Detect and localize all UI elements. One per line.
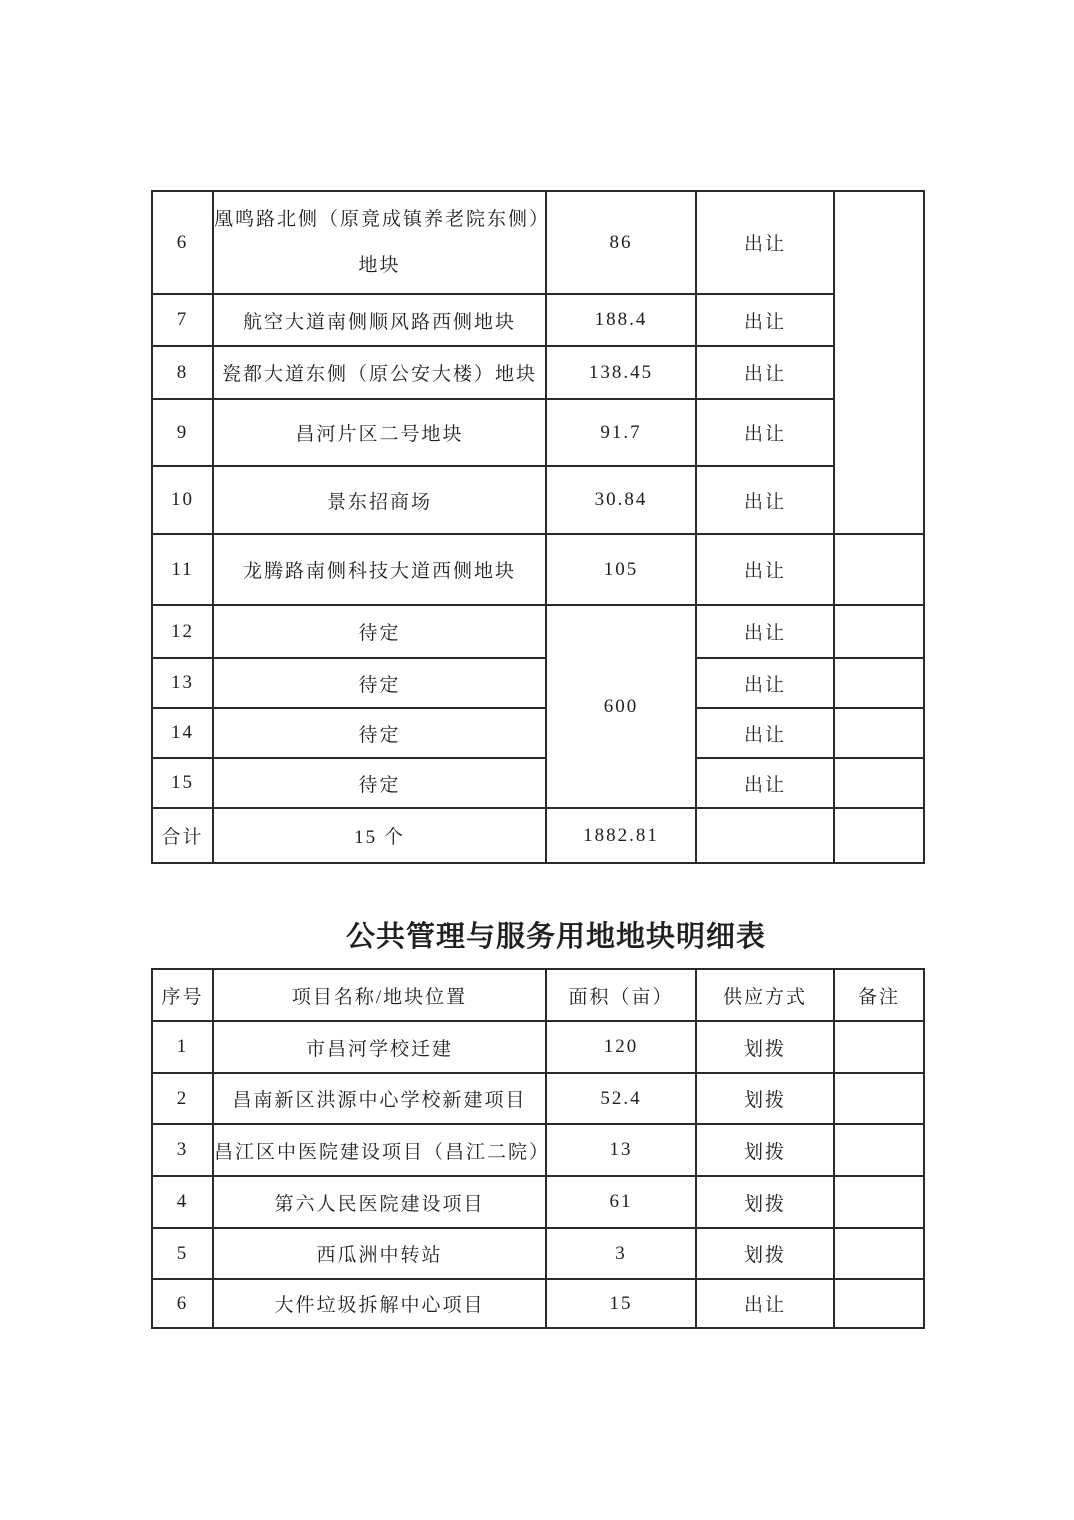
cell-seq: 13	[152, 658, 213, 708]
cell-name: 待定	[213, 605, 546, 658]
cell-name: 景东招商场	[213, 466, 546, 534]
cell-remark	[834, 708, 924, 758]
cell-area-merged: 600	[546, 605, 696, 808]
cell-remark	[834, 658, 924, 708]
cell-seq: 2	[152, 1073, 213, 1124]
cell-name: 待定	[213, 708, 546, 758]
table-row: 11 龙腾路南侧科技大道西侧地块 105 出让	[152, 534, 924, 605]
cell-area: 52.4	[546, 1073, 696, 1124]
table-row: 7 航空大道南侧顺风路西侧地块 188.4 出让	[152, 294, 924, 346]
cell-name: 昌南新区洪源中心学校新建项目	[213, 1073, 546, 1124]
cell-area: 30.84	[546, 466, 696, 534]
cell-seq: 14	[152, 708, 213, 758]
header-name: 项目名称/地块位置	[213, 969, 546, 1021]
cell-supply: 划拨	[696, 1228, 834, 1279]
cell-seq: 合计	[152, 808, 213, 863]
cell-area: 120	[546, 1021, 696, 1073]
cell-name: 瓷都大道东侧（原公安大楼）地块	[213, 346, 546, 399]
cell-name: 昌江区中医院建设项目（昌江二院）	[213, 1124, 546, 1176]
cell-seq: 3	[152, 1124, 213, 1176]
cell-remark	[834, 1279, 924, 1328]
header-remark: 备注	[834, 969, 924, 1021]
table-row: 13 待定 出让	[152, 658, 924, 708]
cell-name: 市昌河学校迁建	[213, 1021, 546, 1073]
cell-name: 第六人民医院建设项目	[213, 1176, 546, 1228]
cell-supply: 出让	[696, 466, 834, 534]
cell-supply: 出让	[696, 658, 834, 708]
table-row: 5 西瓜洲中转站 3 划拨	[152, 1228, 924, 1279]
cell-remark	[834, 1124, 924, 1176]
cell-supply: 出让	[696, 294, 834, 346]
cell-seq: 10	[152, 466, 213, 534]
table-row: 1 市昌河学校迁建 120 划拨	[152, 1021, 924, 1073]
cell-name: 航空大道南侧顺风路西侧地块	[213, 294, 546, 346]
cell-seq: 11	[152, 534, 213, 605]
cell-area: 138.45	[546, 346, 696, 399]
cell-area: 1882.81	[546, 808, 696, 863]
header-seq: 序号	[152, 969, 213, 1021]
table-row: 10 景东招商场 30.84 出让	[152, 466, 924, 534]
cell-remark	[834, 605, 924, 658]
cell-supply: 出让	[696, 191, 834, 294]
name-line-2: 地块	[214, 243, 545, 289]
cell-remark	[834, 534, 924, 605]
cell-name: 西瓜洲中转站	[213, 1228, 546, 1279]
cell-remark	[834, 808, 924, 863]
cell-name: 待定	[213, 658, 546, 708]
table-row: 8 瓷都大道东侧（原公安大楼）地块 138.45 出让	[152, 346, 924, 399]
cell-supply: 出让	[696, 534, 834, 605]
cell-remark	[834, 1176, 924, 1228]
cell-remark	[834, 758, 924, 808]
cell-name: 大件垃圾拆解中心项目	[213, 1279, 546, 1328]
document-page: 6 凰鸣路北侧（原竟成镇养老院东侧） 地块 86 出让 7 航空大道南侧顺风路西…	[0, 0, 1074, 1520]
table-row: 12 待定 600 出让	[152, 605, 924, 658]
cell-remark-merged	[834, 191, 924, 534]
header-row: 序号 项目名称/地块位置 面积（亩） 供应方式 备注	[152, 969, 924, 1021]
cell-seq: 1	[152, 1021, 213, 1073]
cell-seq: 5	[152, 1228, 213, 1279]
table-row: 6 凰鸣路北侧（原竟成镇养老院东侧） 地块 86 出让	[152, 191, 924, 294]
public-service-land-table: 序号 项目名称/地块位置 面积（亩） 供应方式 备注 1 市昌河学校迁建 120…	[151, 968, 925, 1329]
cell-name: 凰鸣路北侧（原竟成镇养老院东侧） 地块	[213, 191, 546, 294]
cell-name: 15 个	[213, 808, 546, 863]
cell-supply: 出让	[696, 399, 834, 466]
cell-seq: 6	[152, 1279, 213, 1328]
cell-seq: 12	[152, 605, 213, 658]
cell-area: 91.7	[546, 399, 696, 466]
table-row: 2 昌南新区洪源中心学校新建项目 52.4 划拨	[152, 1073, 924, 1124]
cell-supply: 划拨	[696, 1021, 834, 1073]
cell-remark	[834, 1073, 924, 1124]
header-area: 面积（亩）	[546, 969, 696, 1021]
cell-remark	[834, 1228, 924, 1279]
cell-seq: 7	[152, 294, 213, 346]
cell-area: 86	[546, 191, 696, 294]
cell-area: 13	[546, 1124, 696, 1176]
cell-area: 3	[546, 1228, 696, 1279]
cell-seq: 6	[152, 191, 213, 294]
cell-supply: 划拨	[696, 1176, 834, 1228]
section-title: 公共管理与服务用地地块明细表	[170, 916, 942, 958]
cell-name: 待定	[213, 758, 546, 808]
cell-area: 61	[546, 1176, 696, 1228]
cell-area: 15	[546, 1279, 696, 1328]
commercial-land-parcel-table: 6 凰鸣路北侧（原竟成镇养老院东侧） 地块 86 出让 7 航空大道南侧顺风路西…	[151, 190, 925, 864]
header-supply: 供应方式	[696, 969, 834, 1021]
table-row: 3 昌江区中医院建设项目（昌江二院） 13 划拨	[152, 1124, 924, 1176]
table-row: 14 待定 出让	[152, 708, 924, 758]
cell-supply: 出让	[696, 346, 834, 399]
cell-supply: 出让	[696, 758, 834, 808]
table-row: 9 昌河片区二号地块 91.7 出让	[152, 399, 924, 466]
table-row: 4 第六人民医院建设项目 61 划拨	[152, 1176, 924, 1228]
cell-supply: 出让	[696, 1279, 834, 1328]
cell-seq: 9	[152, 399, 213, 466]
name-line-1: 凰鸣路北侧（原竟成镇养老院东侧）	[214, 197, 545, 243]
cell-supply: 出让	[696, 708, 834, 758]
table-row: 6 大件垃圾拆解中心项目 15 出让	[152, 1279, 924, 1328]
table-row-total: 合计 15 个 1882.81	[152, 808, 924, 863]
cell-supply: 划拨	[696, 1124, 834, 1176]
table-row: 15 待定 出让	[152, 758, 924, 808]
cell-remark	[834, 1021, 924, 1073]
cell-area: 105	[546, 534, 696, 605]
cell-name: 龙腾路南侧科技大道西侧地块	[213, 534, 546, 605]
cell-area: 188.4	[546, 294, 696, 346]
cell-seq: 4	[152, 1176, 213, 1228]
cell-name: 昌河片区二号地块	[213, 399, 546, 466]
cell-supply: 出让	[696, 605, 834, 658]
cell-seq: 15	[152, 758, 213, 808]
cell-seq: 8	[152, 346, 213, 399]
cell-supply	[696, 808, 834, 863]
cell-supply: 划拨	[696, 1073, 834, 1124]
